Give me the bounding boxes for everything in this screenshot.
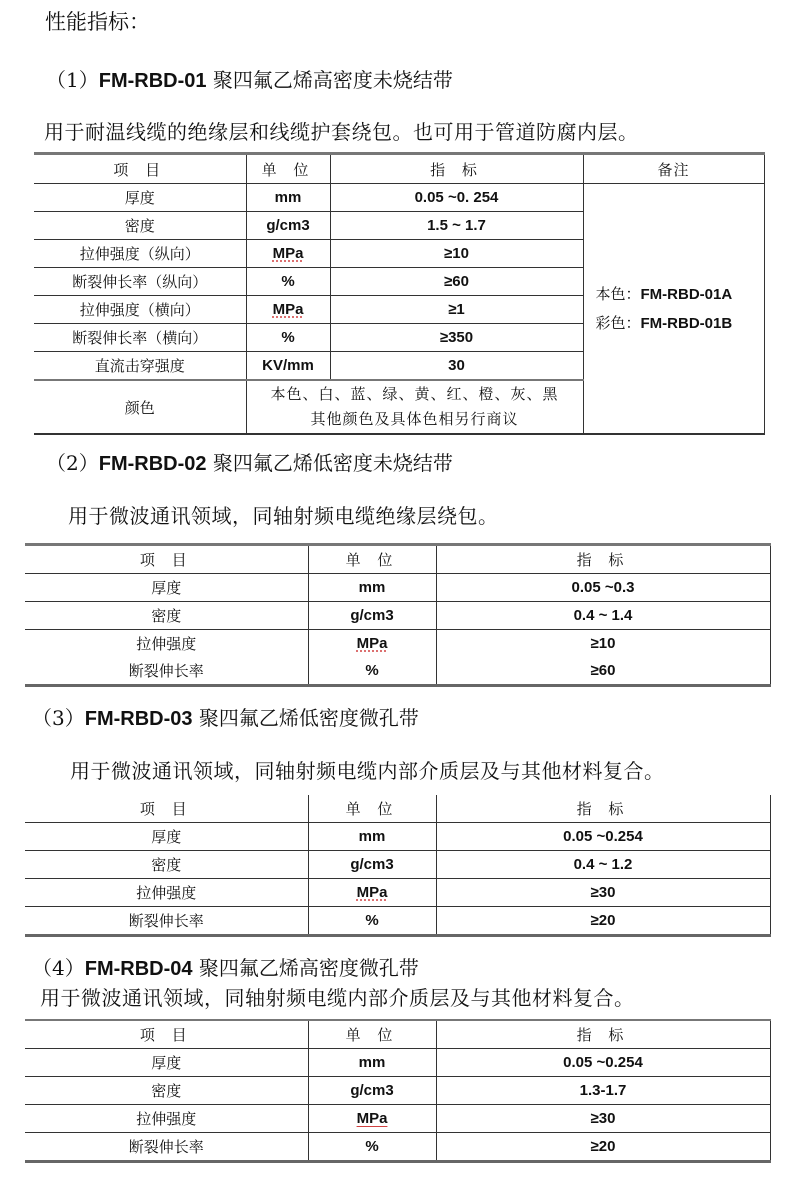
section-4-title: （4）FM-RBD-04 聚四氟乙烯高密度微孔带 — [32, 952, 419, 981]
row-unit: MPa — [357, 884, 388, 901]
header-value: 指 标 — [436, 795, 770, 823]
row-value: 1.5 ~ 1.7 — [330, 212, 583, 240]
table-row: 断裂伸长率 % ≥60 — [25, 657, 770, 686]
row-unit: KV/mm — [246, 352, 330, 381]
row-unit: MPa — [357, 1110, 388, 1127]
row-value: ≥30 — [436, 1105, 770, 1133]
note-colored: 彩色：FM-RBD-01B — [596, 309, 764, 338]
section-prefix: （2） — [46, 451, 99, 475]
table-row: 厚度 mm 0.05 ~0.3 — [25, 574, 770, 602]
row-item: 拉伸强度 — [25, 1105, 308, 1133]
product-code: FM-RBD-03 — [85, 708, 193, 730]
section-4-description: 用于微波通讯领域，同轴射频电缆内部介质层及与其他材料复合。 — [40, 982, 635, 1011]
table-header-row: 项 目 单 位 指 标 备注 — [34, 154, 764, 184]
row-value: ≥10 — [330, 240, 583, 268]
row-unit: MPa — [273, 301, 304, 318]
row-item: 拉伸强度（纵向） — [34, 240, 246, 268]
header-value: 指 标 — [436, 1020, 770, 1049]
header-unit: 单 位 — [308, 545, 436, 574]
row-unit: % — [246, 268, 330, 296]
section-3-title: （3）FM-RBD-03 聚四氟乙烯低密度微孔带 — [32, 702, 419, 731]
header-unit: 单 位 — [308, 795, 436, 823]
spec-table-2: 项 目 单 位 指 标 厚度 mm 0.05 ~0.3 密度 g/cm3 0.4… — [25, 543, 771, 687]
header-note: 备注 — [583, 154, 764, 184]
row-item: 拉伸强度（横向） — [34, 296, 246, 324]
table-row: 厚度 mm 0.05 ~0.254 — [25, 823, 770, 851]
section-2-title: （2）FM-RBD-02 聚四氟乙烯低密度未烧结带 — [46, 447, 453, 476]
product-code: FM-RBD-04 — [85, 958, 193, 980]
color-options: 本色、白、蓝、绿、黄、红、橙、灰、黑 其他颜色及具体色相另行商议 — [246, 380, 583, 434]
table-row: 拉伸强度 MPa ≥10 — [25, 630, 770, 658]
row-item: 断裂伸长率（横向） — [34, 324, 246, 352]
row-item: 断裂伸长率 — [25, 1133, 308, 1162]
color-list: 本色、白、蓝、绿、黄、红、橙、灰、黑 — [247, 382, 583, 407]
row-unit: mm — [308, 1049, 436, 1077]
row-value: 0.05 ~0. 254 — [330, 184, 583, 212]
table-header-row: 项 目 单 位 指 标 — [25, 795, 770, 823]
row-value: 0.05 ~0.254 — [436, 1049, 770, 1077]
row-item: 颜色 — [34, 380, 246, 434]
spec-table-4: 项 目 单 位 指 标 厚度 mm 0.05 ~0.254 密度 g/cm3 1… — [25, 1019, 771, 1163]
table-row: 断裂伸长率 % ≥20 — [25, 907, 770, 936]
row-item: 厚度 — [25, 574, 308, 602]
row-item: 密度 — [25, 602, 308, 630]
page-title: 性能指标： — [45, 6, 150, 36]
row-item: 密度 — [34, 212, 246, 240]
row-item: 断裂伸长率（纵向） — [34, 268, 246, 296]
row-unit: g/cm3 — [308, 851, 436, 879]
header-value: 指 标 — [436, 545, 770, 574]
row-unit: % — [308, 907, 436, 936]
header-item: 项 目 — [25, 1020, 308, 1049]
spec-table-1: 项 目 单 位 指 标 备注 厚度 mm 0.05 ~0. 254 本色：FM-… — [34, 152, 765, 435]
row-value: ≥30 — [436, 879, 770, 907]
table-row: 断裂伸长率 % ≥20 — [25, 1133, 770, 1162]
row-item: 直流击穿强度 — [34, 352, 246, 381]
section-prefix: （1） — [46, 68, 99, 92]
row-item: 拉伸强度 — [25, 879, 308, 907]
row-unit: g/cm3 — [246, 212, 330, 240]
color-note: 其他颜色及具体色相另行商议 — [247, 407, 583, 432]
section-3-description: 用于微波通讯领域，同轴射频电缆内部介质层及与其他材料复合。 — [70, 755, 665, 784]
row-item: 密度 — [25, 851, 308, 879]
product-name: 聚四氟乙烯高密度微孔带 — [199, 956, 419, 980]
row-unit: g/cm3 — [308, 602, 436, 630]
header-value: 指 标 — [330, 154, 583, 184]
row-unit: mm — [308, 574, 436, 602]
note-natural: 本色：FM-RBD-01A — [596, 280, 764, 309]
note-cell: 本色：FM-RBD-01A 彩色：FM-RBD-01B — [583, 184, 764, 435]
table-row: 拉伸强度 MPa ≥30 — [25, 879, 770, 907]
row-unit: % — [246, 324, 330, 352]
table-header-row: 项 目 单 位 指 标 — [25, 545, 770, 574]
row-unit: MPa — [357, 635, 388, 652]
section-prefix: （4） — [32, 956, 85, 980]
row-value: 30 — [330, 352, 583, 381]
table-row: 密度 g/cm3 0.4 ~ 1.2 — [25, 851, 770, 879]
row-item: 厚度 — [34, 184, 246, 212]
row-item: 断裂伸长率 — [25, 907, 308, 936]
row-value: ≥60 — [330, 268, 583, 296]
row-value: ≥20 — [436, 1133, 770, 1162]
table-row: 厚度 mm 0.05 ~0.254 — [25, 1049, 770, 1077]
header-item: 项 目 — [25, 795, 308, 823]
row-unit: g/cm3 — [308, 1077, 436, 1105]
row-value: 0.05 ~0.3 — [436, 574, 770, 602]
product-name: 聚四氟乙烯低密度未烧结带 — [213, 451, 453, 475]
row-unit: mm — [308, 823, 436, 851]
row-item: 厚度 — [25, 1049, 308, 1077]
table-row: 密度 g/cm3 0.4 ~ 1.4 — [25, 602, 770, 630]
section-1-title: （1）FM-RBD-01 聚四氟乙烯高密度未烧结带 — [46, 64, 453, 93]
row-value: 0.4 ~ 1.4 — [436, 602, 770, 630]
header-unit: 单 位 — [308, 1020, 436, 1049]
row-item: 拉伸强度 — [25, 630, 308, 658]
table-row: 拉伸强度 MPa ≥30 — [25, 1105, 770, 1133]
row-value: ≥1 — [330, 296, 583, 324]
table-row: 密度 g/cm3 1.3-1.7 — [25, 1077, 770, 1105]
row-item: 密度 — [25, 1077, 308, 1105]
header-item: 项 目 — [25, 545, 308, 574]
row-unit: MPa — [273, 245, 304, 262]
product-code: FM-RBD-02 — [99, 453, 207, 475]
row-value: ≥350 — [330, 324, 583, 352]
section-prefix: （3） — [32, 706, 85, 730]
spec-table-3: 项 目 单 位 指 标 厚度 mm 0.05 ~0.254 密度 g/cm3 0… — [25, 795, 771, 937]
row-item: 断裂伸长率 — [25, 657, 308, 686]
row-value: ≥10 — [436, 630, 770, 658]
row-unit: mm — [246, 184, 330, 212]
row-item: 厚度 — [25, 823, 308, 851]
table-header-row: 项 目 单 位 指 标 — [25, 1020, 770, 1049]
row-value: 0.05 ~0.254 — [436, 823, 770, 851]
section-2-description: 用于微波通讯领域，同轴射频电缆绝缘层绕包。 — [68, 500, 499, 529]
row-value: 1.3-1.7 — [436, 1077, 770, 1105]
product-name: 聚四氟乙烯高密度未烧结带 — [213, 68, 453, 92]
row-unit: % — [308, 1133, 436, 1162]
table-row: 厚度 mm 0.05 ~0. 254 本色：FM-RBD-01A 彩色：FM-R… — [34, 184, 764, 212]
header-item: 项 目 — [34, 154, 246, 184]
product-code: FM-RBD-01 — [99, 70, 207, 92]
product-name: 聚四氟乙烯低密度微孔带 — [199, 706, 419, 730]
row-value: ≥60 — [436, 657, 770, 686]
row-value: ≥20 — [436, 907, 770, 936]
row-value: 0.4 ~ 1.2 — [436, 851, 770, 879]
section-1-description: 用于耐温线缆的绝缘层和线缆护套绕包。也可用于管道防腐内层。 — [44, 116, 639, 145]
row-unit: % — [308, 657, 436, 686]
header-unit: 单 位 — [246, 154, 330, 184]
